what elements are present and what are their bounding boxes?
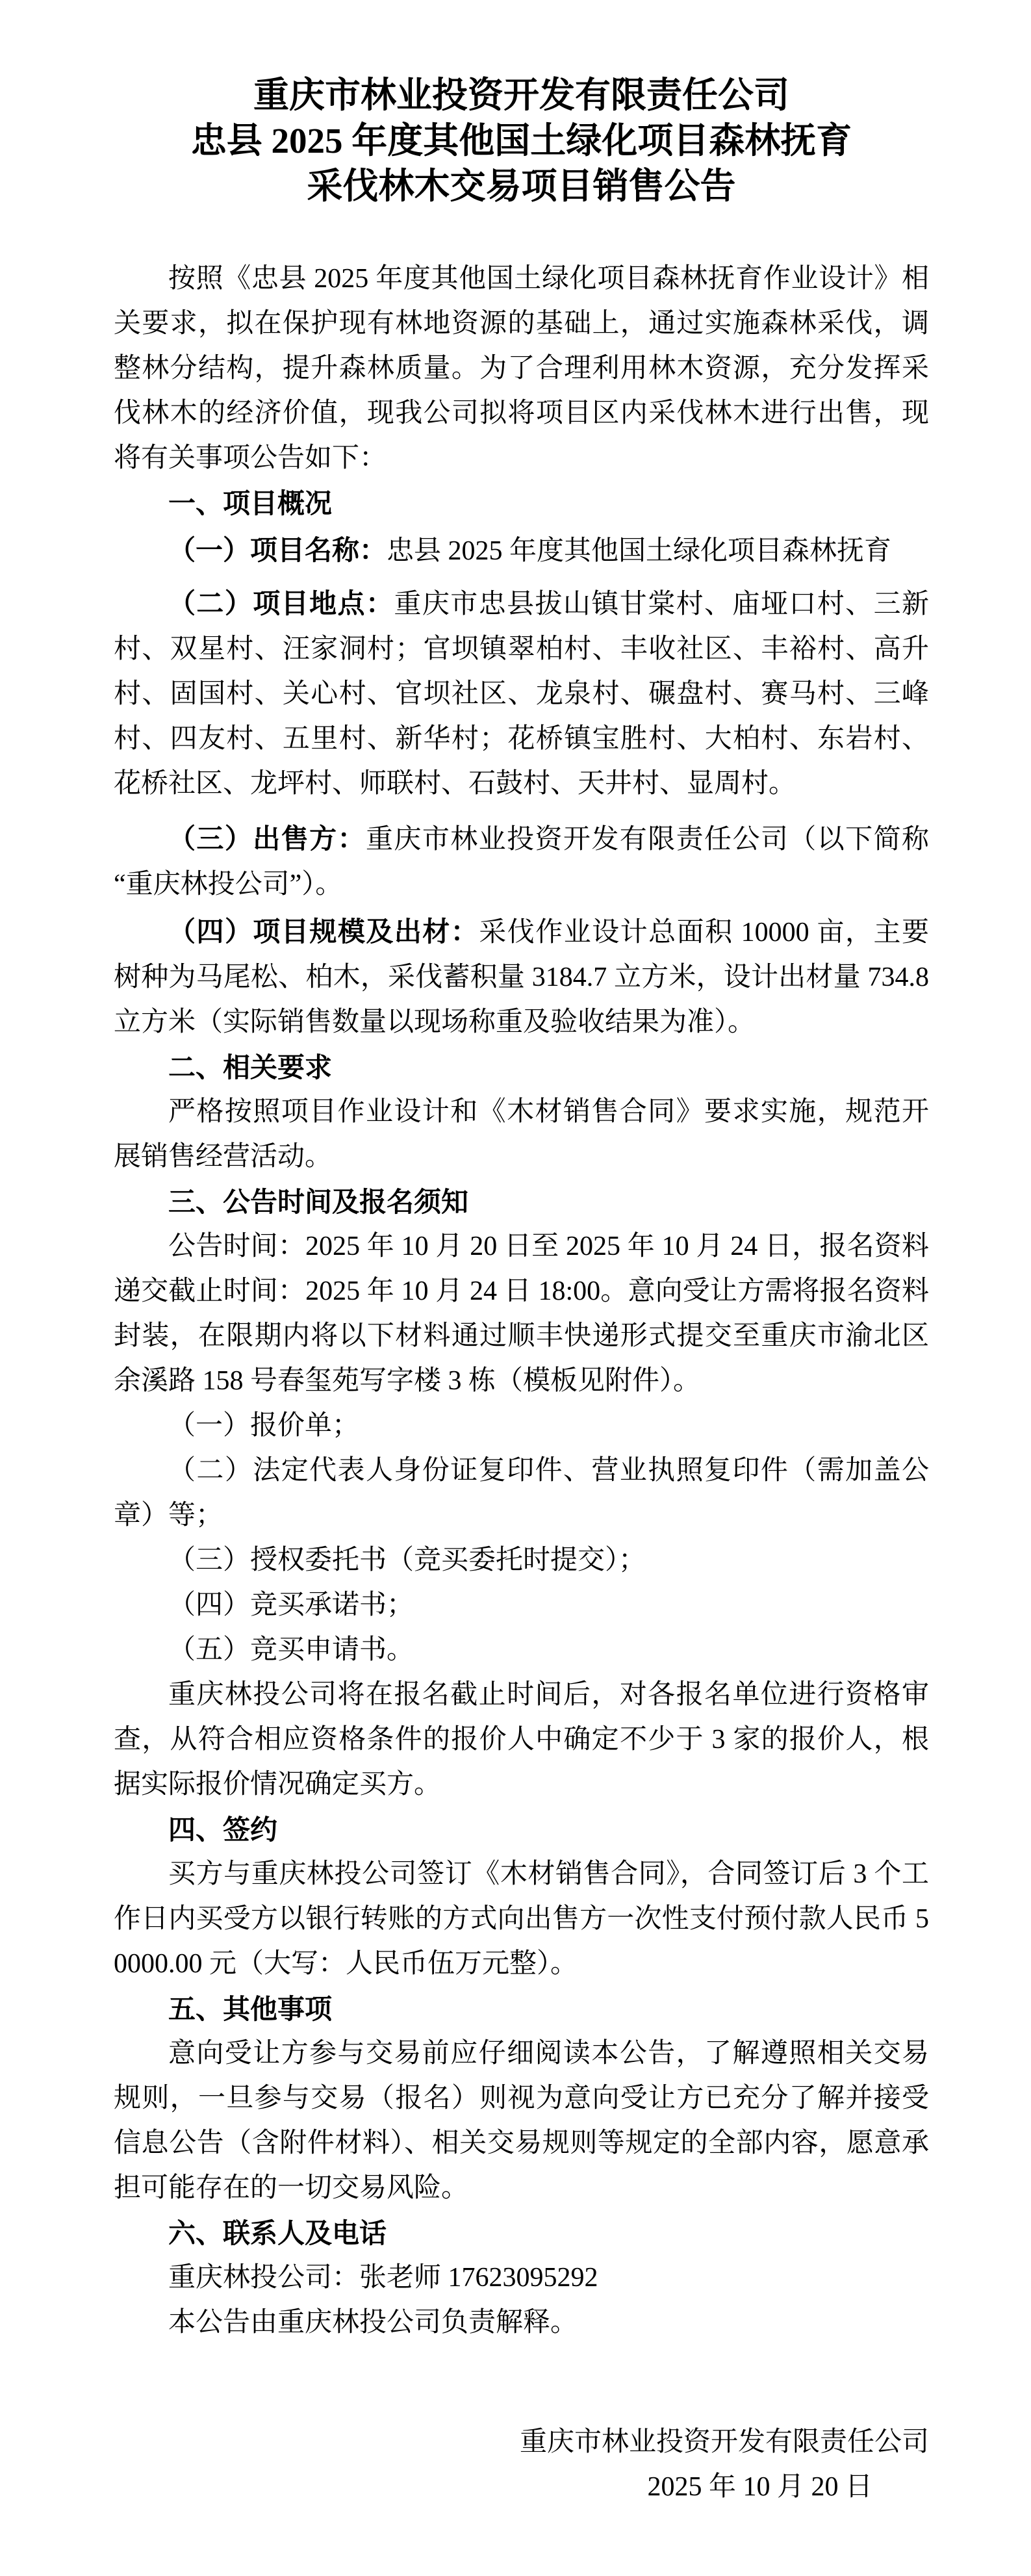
- signature-date: 2025 年 10 月 20 日: [114, 2465, 929, 2510]
- intro-paragraph: 按照《忠县 2025 年度其他国土绿化项目森林抚育作业设计》相关要求，拟在保护现…: [114, 257, 929, 481]
- project-location-label: （二）项目地点：: [168, 589, 394, 619]
- title-line-3: 采伐林木交易项目销售公告: [114, 164, 929, 209]
- material-item-3: （三）授权委托书（竞买委托时提交）；: [114, 1538, 929, 1583]
- project-name-label: （一）项目名称：: [168, 536, 387, 566]
- title-line-2: 忠县 2025 年度其他国土绿化项目森林抚育: [114, 118, 929, 164]
- seller-paragraph: （三）出售方：重庆市林业投资开发有限责任公司（以下简称“重庆林投公司”）。: [114, 818, 929, 907]
- announcement-time-paragraph: 公告时间：2025 年 10 月 20 日至 2025 年 10 月 24 日，…: [114, 1224, 929, 1404]
- project-scale-paragraph: （四）项目规模及出材：采伐作业设计总面积 10000 亩，主要树种为马尾松、柏木…: [114, 910, 929, 1045]
- section-heading-4: 四、签约: [114, 1807, 929, 1852]
- section-heading-2: 二、相关要求: [114, 1045, 929, 1090]
- contract-paragraph: 买方与重庆林投公司签订《木材销售合同》，合同签订后 3 个工作日内买受方以银行转…: [114, 1852, 929, 1987]
- contact-line: 重庆林投公司：张老师 17623095292: [114, 2256, 929, 2300]
- section-heading-3: 三、公告时间及报名须知: [114, 1179, 929, 1224]
- document-page: 重庆市林业投资开发有限责任公司 忠县 2025 年度其他国土绿化项目森林抚育 采…: [0, 0, 1031, 2576]
- signature-company: 重庆市林业投资开发有限责任公司: [114, 2420, 929, 2465]
- material-item-2: （二）法定代表人身份证复印件、营业执照复印件（需加盖公章）等；: [114, 1449, 929, 1538]
- section-heading-5: 五、其他事项: [114, 1987, 929, 2031]
- project-name-paragraph: （一）项目名称：忠县 2025 年度其他国土绿化项目森林抚育: [114, 529, 929, 574]
- interpretation-line: 本公告由重庆林投公司负责解释。: [114, 2300, 929, 2345]
- project-location-paragraph: （二）项目地点：重庆市忠县拔山镇甘棠村、庙垭口村、三新村、双星村、汪家洞村；官坝…: [114, 582, 929, 806]
- project-location-value: 重庆市忠县拔山镇甘棠村、庙垭口村、三新村、双星村、汪家洞村；官坝镇翠柏村、丰收社…: [114, 589, 929, 799]
- qualification-review-paragraph: 重庆林投公司将在报名截止时间后，对各报名单位进行资格审查，从符合相应资格条件的报…: [114, 1673, 929, 1807]
- requirements-paragraph: 严格按照项目作业设计和《木材销售合同》要求实施，规范开展销售经营活动。: [114, 1090, 929, 1179]
- material-item-5: （五）竞买申请书。: [114, 1628, 929, 1673]
- project-scale-label: （四）项目规模及出材：: [168, 918, 479, 947]
- seller-label: （三）出售方：: [168, 825, 366, 855]
- project-name-value: 忠县 2025 年度其他国土绿化项目森林抚育: [387, 536, 891, 566]
- document-title: 重庆市林业投资开发有限责任公司 忠县 2025 年度其他国土绿化项目森林抚育 采…: [114, 73, 929, 209]
- section-heading-1: 一、项目概况: [114, 481, 929, 526]
- other-matters-paragraph: 意向受让方参与交易前应仔细阅读本公告，了解遵照相关交易规则，一旦参与交易（报名）…: [114, 2031, 929, 2211]
- title-line-1: 重庆市林业投资开发有限责任公司: [114, 73, 929, 118]
- material-item-1: （一）报价单；: [114, 1404, 929, 1449]
- section-heading-6: 六、联系人及电话: [114, 2211, 929, 2256]
- material-item-4: （四）竞买承诺书；: [114, 1583, 929, 1628]
